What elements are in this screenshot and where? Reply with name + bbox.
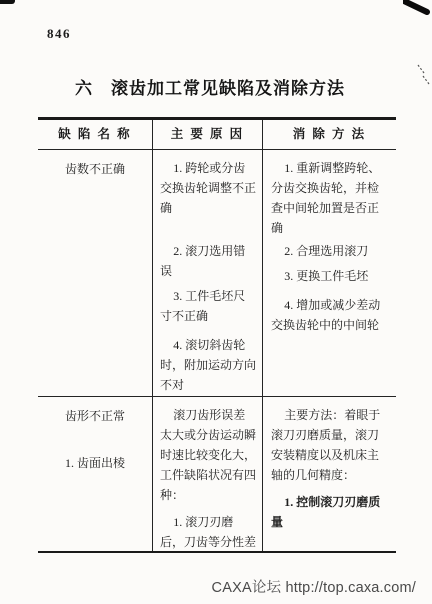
defect-name-cell: 齿形不正常 1. 齿面出棱 [38,397,153,551]
watermark-forum-url: CAXA论坛 http://top.caxa.com/ [212,576,416,597]
remedy-item: 4. 增加或减少差动交换齿轮中的中间轮 [271,295,390,335]
remedy-cell: 1. 重新调整跨轮、分齿交换齿轮，并检查中间轮加置是否正确 2. 合理选用滚刀 … [263,150,396,396]
defect-name-text: 齿形不正常 [42,406,148,426]
defect-name-cell: 齿数不正确 [38,150,153,396]
scratch-mark [416,63,432,87]
cause-item: 4. 滚切斜齿轮时，附加运动方向不对 [160,335,257,395]
cause-item: 3. 工件毛坯尺寸不正确 [160,286,257,326]
cause-item: 1. 跨轮或分齿交换齿轮调整不正确 [160,158,257,218]
remedy-item: 1. 控制滚刀刃磨质量 [271,492,390,532]
remedy-item: 2. 合理选用滚刀 [271,241,390,261]
defects-table: 缺 陷 名 称 主 要 原 因 消 除 方 法 齿数不正确 1. 跨轮或分齿交换… [38,117,396,553]
page-number: 846 [47,26,71,42]
remedy-item: 1. 重新调整跨轮、分齿交换齿轮，并检查中间轮加置是否正确 [271,158,390,238]
page-title: 六 滚齿加工常见缺陷及消除方法 [30,74,390,99]
defect-sub-item: 1. 齿面出棱 [42,453,148,473]
cause-cell: 滚刀齿形误差太大或分齿运动瞬时速比较变化大，工件缺陷状况有四种： 1. 滚刀刃磨… [153,397,263,551]
cause-cell: 1. 跨轮或分齿交换齿轮调整不正确 2. 滚刀选用错误 3. 工件毛坯尺寸不正确… [153,150,263,396]
column-header-main-cause: 主 要 原 因 [153,120,263,149]
remedy-cell: 主要方法：着眼于滚刀刃磨质量，滚刀安装精度以及机床主轴的几何精度： 1. 控制滚… [263,397,396,551]
pen-stroke-mark [403,0,432,16]
remedy-intro: 主要方法：着眼于滚刀刃磨质量，滚刀安装精度以及机床主轴的几何精度： [271,405,390,485]
remedy-item: 3. 更换工件毛坯 [271,266,390,286]
column-header-defect-name: 缺 陷 名 称 [38,120,153,149]
column-header-remedy: 消 除 方 法 [263,120,396,149]
cause-intro: 滚刀齿形误差太大或分齿运动瞬时速比较变化大，工件缺陷状况有四种： [160,405,257,505]
table-row-tooth-count: 齿数不正确 1. 跨轮或分齿交换齿轮调整不正确 2. 滚刀选用错误 3. 工件毛… [38,150,396,397]
scanned-document-page: { "colors": { "paper": "#fcfbf9", "ink":… [0,0,432,604]
table-row-tooth-profile: 齿形不正常 1. 齿面出棱 滚刀齿形误差太大或分齿运动瞬时速比较变化大，工件缺陷… [38,397,396,551]
table-header-row: 缺 陷 名 称 主 要 原 因 消 除 方 法 [38,120,396,150]
defect-name-text: 齿数不正确 [42,159,148,179]
cause-item: 1. 滚刀刃磨后，刀齿等分性差 [160,512,257,552]
scan-artifact-corner-mark [0,0,15,4]
cause-item: 2. 滚刀选用错误 [160,241,257,281]
